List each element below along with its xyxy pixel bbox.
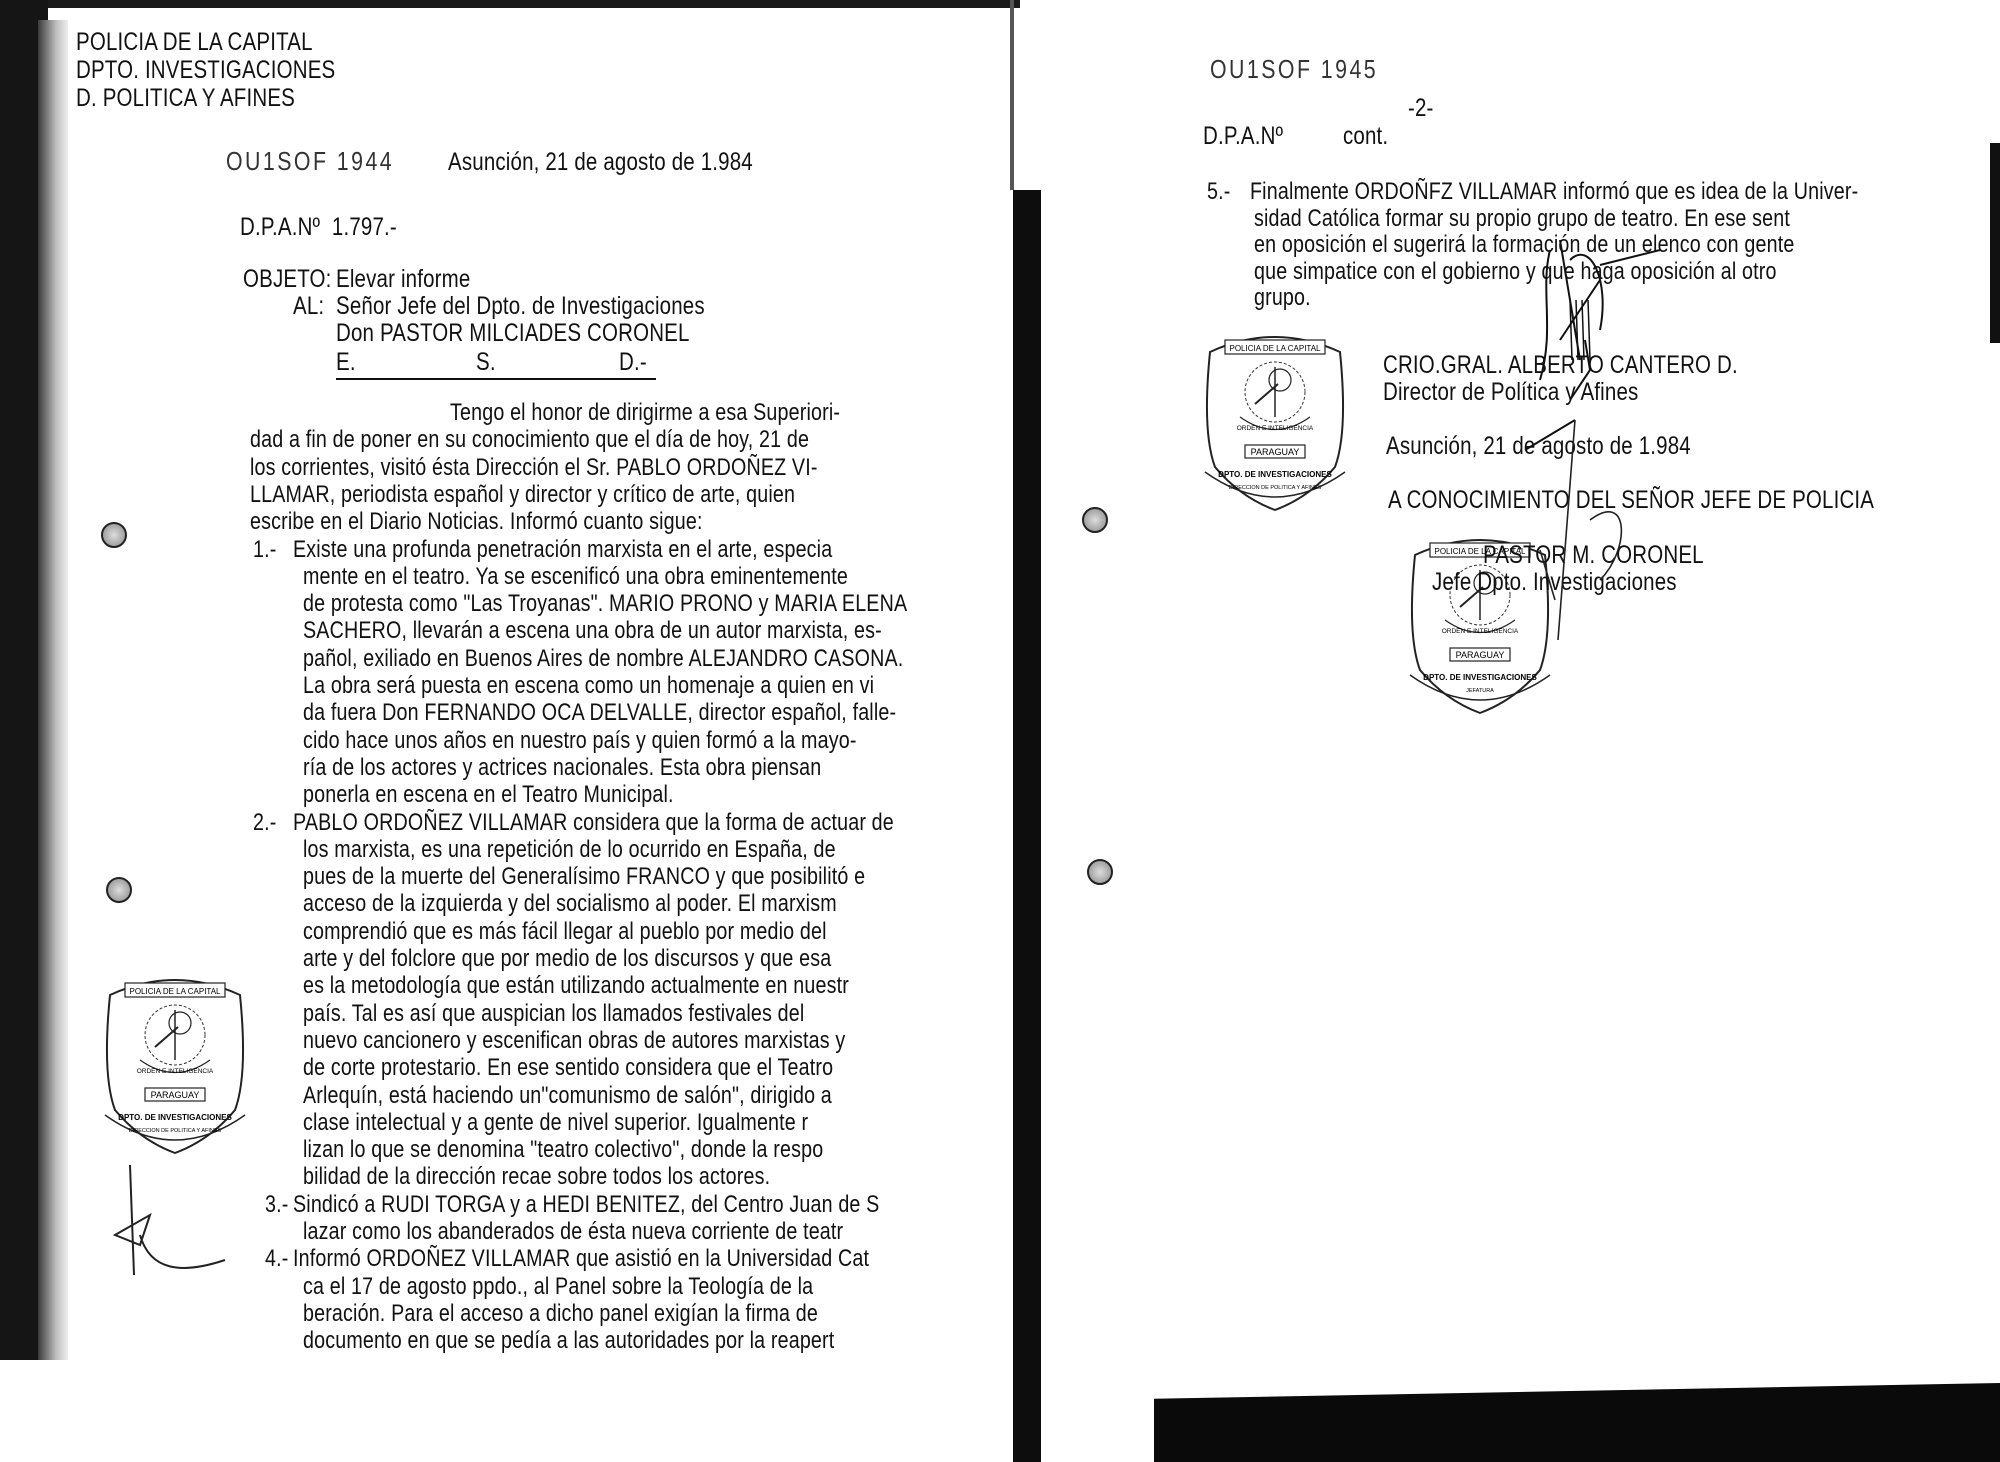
item-line: de corte protestario. En ese sentido con… — [303, 1053, 833, 1082]
item-line: Existe una profunda penetración marxista… — [293, 535, 832, 564]
scan-border-top — [0, 0, 1020, 8]
svg-text:PARAGUAY: PARAGUAY — [1251, 447, 1300, 457]
item-line: sidad Católica formar su propio grupo de… — [1254, 204, 1790, 233]
item-line: en oposición el sugerirá la formación de… — [1254, 230, 1794, 259]
esd-line: E. S. D.- — [336, 346, 656, 380]
approval-date: Asunción, 21 de agosto de 1.984 — [1386, 432, 1691, 461]
scan-shadow-left — [38, 20, 68, 1360]
item-line: beración. Para el acceso a dicho panel e… — [303, 1299, 818, 1328]
al-label: AL: — [293, 292, 324, 321]
item-number: 2.- — [253, 808, 276, 837]
scan-border-bottom-right — [1154, 1383, 2000, 1462]
esd-d: D.- — [619, 348, 647, 377]
letterhead-line: POLICIA DE LA CAPITAL — [76, 28, 313, 57]
item-line: grupo. — [1254, 283, 1311, 312]
item-line: Informó ORDOÑEZ VILLAMAR que asistió en … — [293, 1244, 869, 1273]
svg-text:POLICIA DE LA CAPITAL: POLICIA DE LA CAPITAL — [1230, 344, 1322, 353]
item-line: ponerla en escena en el Teatro Municipal… — [303, 780, 674, 809]
item-line: Arlequín, está haciendo un"comunismo de … — [303, 1081, 832, 1110]
item-line: acceso de la izquierda y del socialismo … — [303, 889, 837, 918]
item-line: PABLO ORDOÑEZ VILLAMAR considera que la … — [293, 808, 894, 837]
item-line: país. Tal es así que auspician los llama… — [303, 999, 804, 1028]
item-line: pañol, exiliado en Buenos Aires de nombr… — [303, 644, 903, 673]
item-line: Sindicó a RUDI TORGA y a HEDI BENITEZ, d… — [293, 1190, 879, 1219]
item-line: da fuera Don FERNANDO OCA DELVALLE, dire… — [303, 698, 896, 727]
item-line: es la metodología que están utilizando a… — [303, 971, 849, 1000]
item-number: 5.- — [1207, 177, 1230, 206]
svg-text:POLICIA DE LA CAPITAL: POLICIA DE LA CAPITAL — [130, 987, 222, 996]
item-line: que simpatice con el gobierno y que haga… — [1254, 257, 1777, 286]
page-number: -2- — [1408, 94, 1434, 123]
body-line: Tengo el honor de dirigirme a esa Superi… — [450, 398, 840, 427]
svg-text:DPTO. DE INVESTIGACIONES: DPTO. DE INVESTIGACIONES — [1423, 673, 1537, 682]
body-line: escribe en el Diario Noticias. Informó c… — [250, 507, 703, 536]
dpa-label: D.P.A.Nº — [1203, 122, 1283, 151]
svg-text:DIRECCION DE POLITICA Y AFINES: DIRECCION DE POLITICA Y AFINES — [129, 1128, 222, 1134]
chief-name: PASTOR M. CORONEL — [1483, 541, 1704, 570]
item-line: mente en el teatro. Ya se escenificó una… — [303, 562, 848, 591]
police-badge-icon: POLICIA DE LA CAPITAL ORDEN E INTELIGENC… — [1200, 322, 1350, 512]
body-line: LLAMAR, periodista español y director y … — [250, 480, 795, 509]
item-line: lazar como los abanderados de ésta nueva… — [303, 1217, 843, 1246]
item-line: clase intelectual y a gente de nivel sup… — [303, 1108, 808, 1137]
objeto-label: OBJETO: — [243, 265, 331, 294]
objeto-value: Elevar informe — [336, 265, 470, 294]
svg-text:ORDEN E INTELIGENCIA: ORDEN E INTELIGENCIA — [1237, 425, 1314, 432]
item-line: ca el 17 de agosto ppdo., al Panel sobre… — [303, 1272, 813, 1301]
item-line: cido hace unos años en nuestro país y qu… — [303, 726, 857, 755]
svg-text:DIRECCION DE POLITICA Y AFINES: DIRECCION DE POLITICA Y AFINES — [1229, 485, 1322, 491]
dpa-cont: cont. — [1343, 122, 1388, 151]
punch-hole — [1087, 859, 1113, 885]
body-line: dad a fin de poner en su conocimiento qu… — [250, 425, 809, 454]
scan-border-right — [1990, 143, 2000, 343]
item-line: documento en que se pedía a las autorida… — [303, 1326, 834, 1355]
item-line: de protesta como "Las Troyanas". MARIO P… — [303, 589, 907, 618]
item-line: ría de los actores y actrices nacionales… — [303, 753, 821, 782]
recipient-line: Don PASTOR MILCIADES CORONEL — [336, 319, 690, 348]
item-line: los marxista, es una repetición de lo oc… — [303, 835, 836, 864]
esd-s: S. — [476, 348, 496, 377]
punch-hole — [106, 877, 132, 903]
item-line: La obra será puesta en escena como un ho… — [303, 671, 874, 700]
item-line: bilidad de la dirección recae sobre todo… — [303, 1162, 770, 1191]
item-line: lizan lo que se denomina "teatro colecti… — [303, 1135, 823, 1164]
police-stamp: POLICIA DE LA CAPITAL ORDEN E INTELIGENC… — [1200, 322, 1350, 512]
approval-notice: A CONOCIMIENTO DEL SEÑOR JEFE DE POLICIA — [1388, 486, 1874, 515]
item-line: nuevo cancionero y escenifican obras de … — [303, 1026, 845, 1055]
svg-text:PARAGUAY: PARAGUAY — [1456, 650, 1505, 660]
item-line: SACHERO, llevarán a escena una obra de u… — [303, 616, 882, 645]
svg-text:JEFATURA: JEFATURA — [1466, 688, 1494, 694]
recipient-line: Señor Jefe del Dpto. de Investigaciones — [336, 292, 705, 321]
punch-hole — [1082, 507, 1108, 533]
svg-text:DPTO. DE INVESTIGACIONES: DPTO. DE INVESTIGACIONES — [1218, 470, 1332, 479]
svg-text:DPTO. DE INVESTIGACIONES: DPTO. DE INVESTIGACIONES — [118, 1113, 232, 1122]
page-divider-top — [1010, 0, 1014, 190]
document-serial: OU1SOF 1945 — [1210, 55, 1378, 84]
item-number: 1.- — [253, 535, 276, 564]
police-badge-icon: POLICIA DE LA CAPITAL ORDEN E INTELIGENC… — [100, 965, 250, 1155]
item-line: pues de la muerte del Generalísimo FRANC… — [303, 862, 865, 891]
svg-text:ORDEN E INTELIGENCIA: ORDEN E INTELIGENCIA — [1442, 628, 1519, 635]
esd-e: E. — [336, 348, 356, 377]
letterhead-line: D. POLITICA Y AFINES — [76, 84, 295, 113]
item-number: 3.- — [265, 1190, 288, 1219]
svg-text:ORDEN E INTELIGENCIA: ORDEN E INTELIGENCIA — [137, 1068, 214, 1075]
punch-hole — [101, 522, 127, 548]
handwritten-mark — [110, 1165, 230, 1280]
document-date: Asunción, 21 de agosto de 1.984 — [448, 148, 753, 177]
dpa-number: D.P.A.Nº 1.797.- — [240, 213, 397, 242]
document-serial: OU1SOF 1944 — [226, 147, 394, 176]
body-line: los corrientes, visitó ésta Dirección el… — [250, 453, 818, 482]
signatory-title: Director de Política y Afines — [1383, 378, 1638, 407]
item-line: comprendió que es más fácil llegar al pu… — [303, 917, 827, 946]
svg-text:PARAGUAY: PARAGUAY — [151, 1090, 200, 1100]
letterhead-line: DPTO. INVESTIGACIONES — [76, 56, 335, 85]
page-divider — [1013, 190, 1041, 1462]
police-stamp: POLICIA DE LA CAPITAL ORDEN E INTELIGENC… — [100, 965, 250, 1155]
item-line: Finalmente ORDOÑFZ VILLAMAR informó que … — [1250, 177, 1858, 206]
item-number: 4.- — [265, 1244, 288, 1273]
chief-title: Jefe Dpto. Investigaciones — [1432, 568, 1677, 597]
signatory-name: CRIO.GRAL. ALBERTO CANTERO D. — [1383, 351, 1738, 380]
item-line: arte y del folclore que por medio de los… — [303, 944, 831, 973]
